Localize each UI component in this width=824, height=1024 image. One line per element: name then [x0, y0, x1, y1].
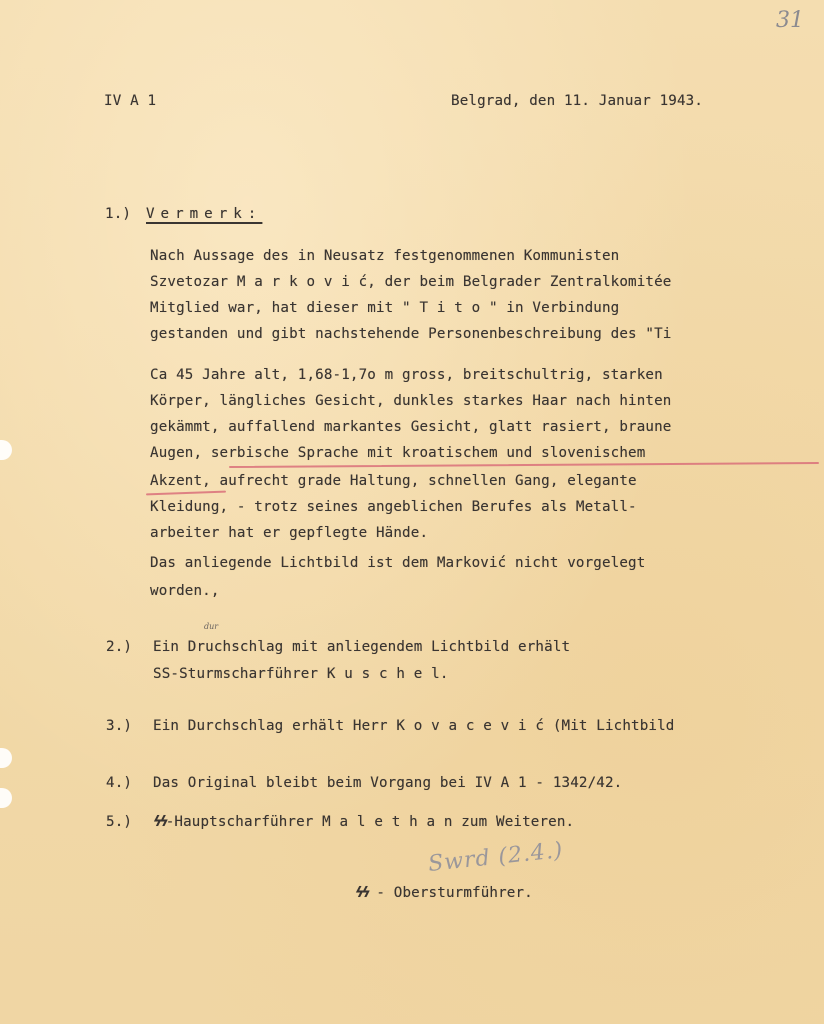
paragraph-1-line: Mitglied war, hat dieser mit " T i t o "… — [150, 301, 619, 315]
paragraph-2-line: Das anliegende Lichtbild ist dem Markovi… — [150, 556, 645, 570]
punch-hole — [0, 788, 12, 808]
section-4-text: Das Original bleibt beim Vorgang bei IV … — [153, 776, 622, 790]
paragraph-1-line: Szvetozar M a r k o v i ć, der beim Belg… — [150, 275, 672, 289]
red-underline-mark — [229, 462, 819, 468]
paragraph-2-line: gekämmt, auffallend markantes Gesicht, g… — [150, 420, 672, 434]
section-5-number: 5.) — [106, 815, 132, 829]
handwritten-signature: Swrd (2.4.) — [427, 838, 565, 877]
section-2-line: Ein Druchschlag mit anliegendem Lichtbil… — [153, 640, 570, 654]
paragraph-2-line: Kleidung, - trotz seines angeblichen Ber… — [150, 500, 637, 514]
ss-rune-glyph: ϟϟ — [355, 885, 368, 901]
paragraph-1-line: Nach Aussage des in Neusatz festgenommen… — [150, 249, 619, 263]
department-code: IV A 1 — [104, 94, 156, 108]
red-underline-mark — [146, 491, 226, 496]
folio-number: 31 — [776, 8, 804, 33]
section-2-line: SS-Sturmscharführer K u s c h e l. — [153, 667, 449, 681]
rank-title: - Obersturmführer. — [368, 885, 533, 901]
paragraph-2-line: arbeiter hat er gepflegte Hände. — [150, 526, 428, 540]
section-3-text: Ein Durchschlag erhält Herr K o v a c e … — [153, 719, 675, 733]
paragraph-2-line: Akzent, aufrecht grade Haltung, schnelle… — [150, 474, 637, 488]
section-1-heading: Vermerk: — [146, 207, 262, 221]
place-and-date: Belgrad, den 11. Januar 1943. — [451, 94, 703, 108]
punch-hole — [0, 440, 12, 460]
section-3-number: 3.) — [106, 719, 132, 733]
section-5-body: -Hauptscharführer M a l e t h a n zum We… — [166, 814, 575, 830]
paragraph-2-line: worden., — [150, 584, 220, 598]
section-5-text: ϟϟ-Hauptscharführer M a l e t h a n zum … — [153, 815, 574, 829]
signature-rank: ϟϟ - Obersturmführer. — [355, 886, 533, 900]
paragraph-2-line: Augen, serbische Sprache mit kroatischem… — [150, 446, 645, 460]
ss-rune-glyph: ϟϟ — [153, 814, 166, 830]
handwritten-correction: dur — [204, 622, 218, 631]
paragraph-1-line: gestanden und gibt nachstehende Personen… — [150, 327, 672, 341]
section-1-number: 1.) — [105, 207, 131, 221]
punch-hole — [0, 748, 12, 768]
section-2-number: 2.) — [106, 640, 132, 654]
paragraph-2-line: Körper, längliches Gesicht, dunkles star… — [150, 394, 672, 408]
section-4-number: 4.) — [106, 776, 132, 790]
document-page: 31 IV A 1 Belgrad, den 11. Januar 1943. … — [0, 0, 824, 1024]
paragraph-2-line: Ca 45 Jahre alt, 1,68-1,7o m gross, brei… — [150, 368, 663, 382]
